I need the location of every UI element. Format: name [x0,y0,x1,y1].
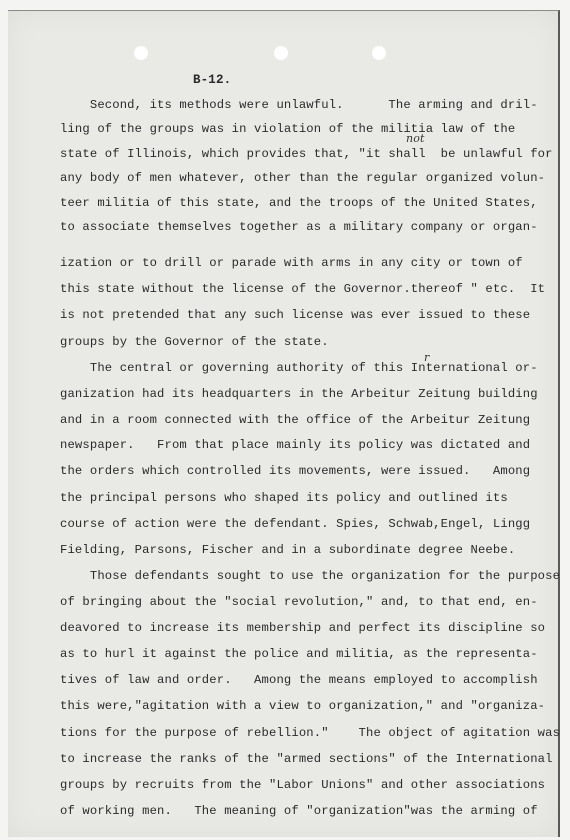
text-line: tives of law and order. Among the means … [60,673,538,687]
text-line: The central or governing authority of th… [60,361,538,375]
punch-hole [372,46,386,60]
page-number: B-12. [193,73,231,87]
text-line: the principal persons who shaped its pol… [60,491,508,505]
punch-hole [134,46,148,60]
text-line: and in a room connected with the office … [60,413,530,427]
text-line: the orders which controlled its movement… [60,464,530,478]
text-line: as to hurl it against the police and mil… [60,647,538,661]
text-line: to associate themselves together as a mi… [60,220,538,234]
text-line: ization or to drill or parade with arms … [60,256,523,270]
text-line: this state without the license of the Go… [60,282,545,296]
text-line: to increase the ranks of the "armed sect… [60,752,553,766]
handwritten-insertion: not [406,132,425,145]
text-line: Second, its methods were unlawful. The a… [60,98,538,112]
text-line: ling of the groups was in violation of t… [60,122,515,136]
text-line: groups by the Governor of the state. [60,335,329,349]
text-line: course of action were the defendant. Spi… [60,517,530,531]
text-line: tions for the purpose of rebellion." The… [60,726,560,740]
text-line: deavored to increase its membership and … [60,621,545,635]
text-line: newspaper. From that place mainly its po… [60,438,530,452]
text-line: Those defendants sought to use the organ… [60,569,560,583]
text-line: groups by recruits from the "Labor Union… [60,778,545,792]
text-line: this were,"agitation with a view to orga… [60,699,545,713]
punch-hole [274,46,288,60]
text-line: is not pretended that any such license w… [60,308,530,322]
text-line: of bringing about the "social revolution… [60,595,538,609]
text-line: any body of men whatever, other than the… [60,171,545,185]
text-line: teer militia of this state, and the troo… [60,196,538,210]
text-line: ganization had its headquarters in the A… [60,387,538,401]
text-line: state of Illinois, which provides that, … [60,147,553,161]
text-line: Fielding, Parsons, Fischer and in a subo… [60,543,515,557]
text-line: of working men. The meaning of "organiza… [60,804,538,818]
